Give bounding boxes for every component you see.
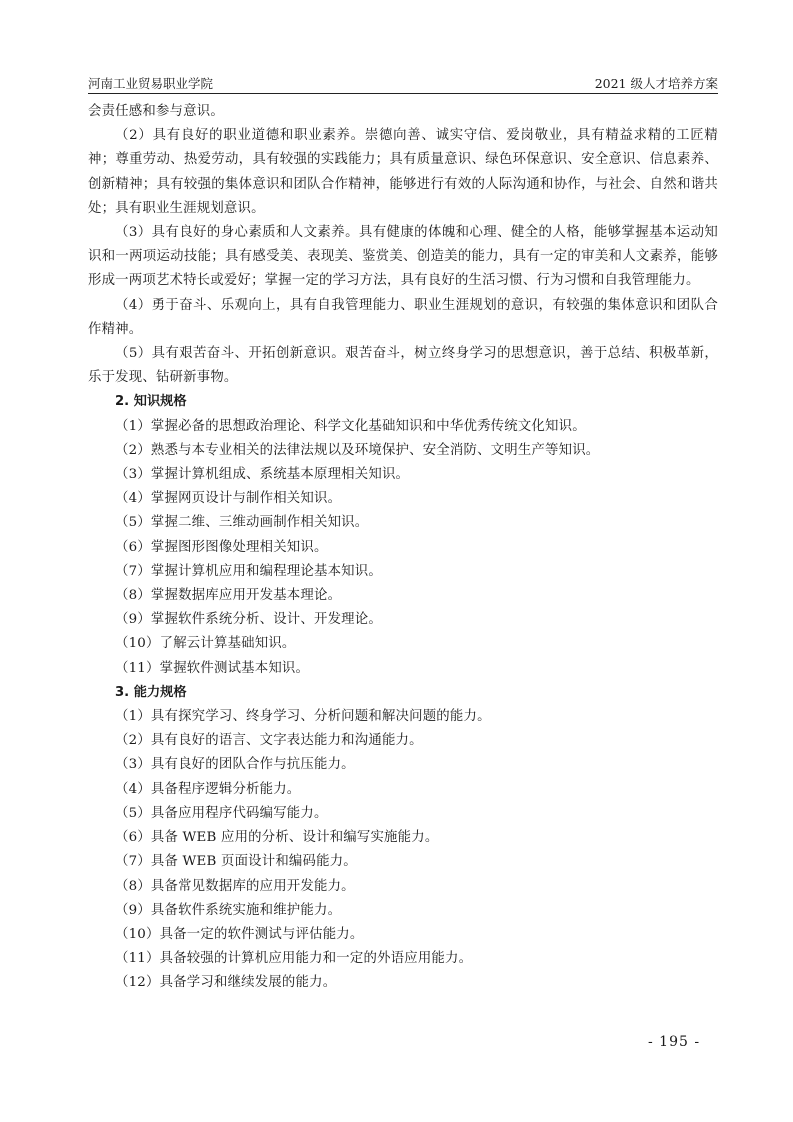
ability-item: （7）具备 WEB 页面设计和编码能力。 xyxy=(88,850,718,874)
knowledge-item: （8）掌握数据库应用开发基本理论。 xyxy=(88,584,718,608)
knowledge-item: （11）掌握软件测试基本知识。 xyxy=(88,657,718,681)
paragraph-continuation: 会责任感和参与意识。 xyxy=(88,100,718,124)
knowledge-item: （6）掌握图形图像处理相关知识。 xyxy=(88,536,718,560)
page-header: 河南工业贸易职业学院 2021 级人才培养方案 xyxy=(88,70,718,92)
ability-item: （10）具备一定的软件测试与评估能力。 xyxy=(88,923,718,947)
knowledge-item: （2）熟悉与本专业相关的法律法规以及环境保护、安全消防、文明生产等知识。 xyxy=(88,439,718,463)
header-institution: 河南工业贸易职业学院 xyxy=(88,74,213,92)
ability-item: （12）具备学习和继续发展的能力。 xyxy=(88,971,718,995)
page-number: - 195 - xyxy=(648,1034,700,1050)
ability-item: （11）具备较强的计算机应用能力和一定的外语应用能力。 xyxy=(88,947,718,971)
ability-item: （2）具有良好的语言、文字表达能力和沟通能力。 xyxy=(88,729,718,753)
header-document-title: 2021 级人才培养方案 xyxy=(595,74,718,92)
ability-item: （1）具有探究学习、终身学习、分析问题和解决问题的能力。 xyxy=(88,705,718,729)
knowledge-item: （3）掌握计算机组成、系统基本原理相关知识。 xyxy=(88,463,718,487)
knowledge-item: （10）了解云计算基础知识。 xyxy=(88,632,718,656)
ability-item: （4）具备程序逻辑分析能力。 xyxy=(88,778,718,802)
quality-item: （2）具有良好的职业道德和职业素养。崇德向善、诚实守信、爱岗敬业，具有精益求精的… xyxy=(88,124,718,221)
knowledge-item: （5）掌握二维、三维动画制作相关知识。 xyxy=(88,511,718,535)
quality-item: （3）具有良好的身心素质和人文素养。具有健康的体魄和心理、健全的人格，能够掌握基… xyxy=(88,221,718,294)
quality-item: （4）勇于奋斗、乐观向上，具有自我管理能力、职业生涯规划的意识，有较强的集体意识… xyxy=(88,294,718,342)
knowledge-item: （9）掌握软件系统分析、设计、开发理论。 xyxy=(88,608,718,632)
ability-item: （6）具备 WEB 应用的分析、设计和编写实施能力。 xyxy=(88,826,718,850)
ability-item: （5）具备应用程序代码编写能力。 xyxy=(88,802,718,826)
section-heading-knowledge: 2. 知识规格 xyxy=(88,390,718,414)
section-heading-ability: 3. 能力规格 xyxy=(88,681,718,705)
knowledge-item: （1）掌握必备的思想政治理论、科学文化基础知识和中华优秀传统文化知识。 xyxy=(88,415,718,439)
ability-item: （8）具备常见数据库的应用开发能力。 xyxy=(88,875,718,899)
quality-item: （5）具有艰苦奋斗、开拓创新意识。艰苦奋斗，树立终身学习的思想意识，善于总结、积… xyxy=(88,342,718,390)
header-divider xyxy=(88,93,718,94)
document-body: 会责任感和参与意识。 （2）具有良好的职业道德和职业素养。崇德向善、诚实守信、爱… xyxy=(88,100,718,996)
ability-item: （9）具备软件系统实施和维护能力。 xyxy=(88,899,718,923)
knowledge-item: （7）掌握计算机应用和编程理论基本知识。 xyxy=(88,560,718,584)
ability-item: （3）具有良好的团队合作与抗压能力。 xyxy=(88,753,718,777)
knowledge-item: （4）掌握网页设计与制作相关知识。 xyxy=(88,487,718,511)
